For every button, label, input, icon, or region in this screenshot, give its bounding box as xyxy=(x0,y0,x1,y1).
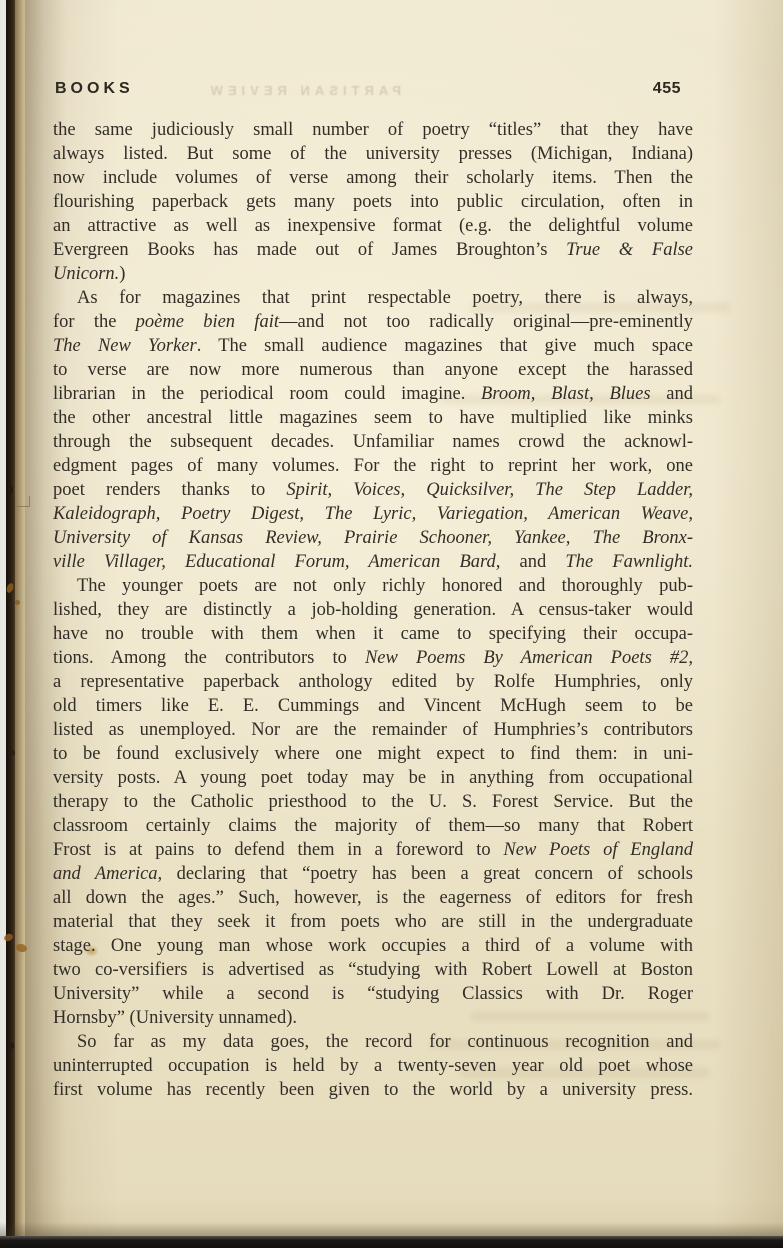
page-bottom-shadow xyxy=(0,1222,783,1236)
text-line: for the poème bien fait—and not too radi… xyxy=(53,310,693,334)
text-line: old timers like E. E. Cummings and Vince… xyxy=(53,694,693,718)
body-text: first volume has recently been given to … xyxy=(53,1080,693,1100)
text-line: a representative paperback anthology edi… xyxy=(53,670,693,694)
running-head: PARTISAN REVIEW BOOKS 455 xyxy=(53,80,693,102)
body-text: classroom certainly claims the majority … xyxy=(53,816,693,836)
body-text: As for magazines that print respectable … xyxy=(77,288,693,308)
ink-stain xyxy=(84,945,99,957)
text-line: versity posts. A young poet today may be… xyxy=(53,766,693,790)
text-line: University” while a second is “studying … xyxy=(53,982,693,1006)
body-text: ) xyxy=(119,264,125,284)
text-line: listed as unemployed. Nor are the remain… xyxy=(53,718,693,742)
body-text: for the xyxy=(53,312,136,332)
text-line: lished, they are distinctly a job-holdin… xyxy=(53,598,693,622)
body-text: University” while a second is “studying … xyxy=(53,984,693,1004)
text-line: Evergreen Books has made out of James Br… xyxy=(53,238,693,262)
text-line: through the subsequent decades. Unfamili… xyxy=(53,430,693,454)
page-text: the same judiciously small number of poe… xyxy=(53,118,693,1102)
body-text: uninterrupted occupation is held by a tw… xyxy=(53,1056,693,1076)
italic-text: Unicorn. xyxy=(53,264,119,284)
body-text: the same judiciously small number of poe… xyxy=(53,120,693,140)
text-line: therapy to the Catholic priesthood to th… xyxy=(53,790,693,814)
italic-text: The New Yorker xyxy=(53,336,197,356)
text-line: librarian in the periodical room could i… xyxy=(53,382,693,406)
text-line: two co-versifiers is advertised as “stud… xyxy=(53,958,693,982)
body-text: to verse are now more numerous than anyo… xyxy=(53,360,693,380)
text-line: Unicorn.) xyxy=(53,262,693,286)
italic-text: Kaleidograph, Poetry Digest, The Lyric, … xyxy=(53,504,693,524)
body-text: —and not too radically original—pre-emin… xyxy=(279,312,693,332)
text-line: poet renders thanks to Spirit, Voices, Q… xyxy=(53,478,693,502)
body-text: librarian in the periodical room could i… xyxy=(53,384,481,404)
text-line: now include volumes of verse among their… xyxy=(53,166,693,190)
italic-text: The Fawnlight. xyxy=(565,552,693,572)
italic-text: ville Villager, Educational Forum, Ameri… xyxy=(53,552,500,572)
text-line: ville Villager, Educational Forum, Ameri… xyxy=(53,550,693,574)
body-text: tions. Among the contributors to xyxy=(53,648,365,668)
text-line: tions. Among the contributors to New Poe… xyxy=(53,646,693,670)
text-line: material that they seek it from poets wh… xyxy=(53,910,693,934)
text-line: As for magazines that print respectable … xyxy=(53,286,693,310)
ink-speck xyxy=(9,486,13,494)
text-line: first volume has recently been given to … xyxy=(53,1078,693,1102)
bleed-through-text: PARTISAN REVIEW xyxy=(141,83,401,98)
body-text: material that they seek it from poets wh… xyxy=(53,912,693,932)
body-text: two co-versifiers is advertised as “stud… xyxy=(53,960,693,980)
text-line: University of Kansas Review, Prairie Sch… xyxy=(53,526,693,550)
text-line: uninterrupted occupation is held by a tw… xyxy=(53,1054,693,1078)
text-line: The New Yorker. The small audience magaz… xyxy=(53,334,693,358)
italic-text: University of Kansas Review, Prairie Sch… xyxy=(53,528,693,548)
body-text: all down the ages.” Such, however, is th… xyxy=(53,888,693,908)
body-text: the other ancestral little magazines see… xyxy=(53,408,693,428)
body-text: always listed. But some of the universit… xyxy=(53,144,693,164)
body-text: Frost is at pains to defend them in a fo… xyxy=(53,840,503,860)
body-text: listed as unemployed. Nor are the remain… xyxy=(53,720,693,740)
page-curl-highlight xyxy=(15,0,25,1248)
text-line: So far as my data goes, the record for c… xyxy=(53,1030,693,1054)
italic-text: Broom, Blast, Blues xyxy=(481,384,651,404)
text-line: stage. One young man whose work occupies… xyxy=(53,934,693,958)
text-line: the same judiciously small number of poe… xyxy=(53,118,693,142)
body-text: Hornsby” (University unnamed). xyxy=(53,1008,297,1028)
body-text: and xyxy=(651,384,693,404)
italic-text: and America, xyxy=(53,864,162,884)
text-line: edgment pages of many volumes. For the r… xyxy=(53,454,693,478)
text-line: to be found exclusively where one might … xyxy=(53,742,693,766)
margin-bracket-mark xyxy=(17,496,30,507)
text-line: flourishing paperback gets many poets in… xyxy=(53,190,693,214)
body-text: Evergreen Books has made out of James Br… xyxy=(53,240,566,260)
text-line: an attractive as well as inexpensive for… xyxy=(53,214,693,238)
body-text: . The small audience magazines that give… xyxy=(197,336,693,356)
text-line: all down the ages.” Such, however, is th… xyxy=(53,886,693,910)
text-line: and America, declaring that “poetry has … xyxy=(53,862,693,886)
book-spine-shadow xyxy=(6,0,15,1248)
body-text: a representative paperback anthology edi… xyxy=(53,672,693,692)
italic-text: Spirit, Voices, Quicksilver, The Step La… xyxy=(286,480,693,500)
italic-text: New Poets of England xyxy=(503,840,693,860)
body-text: edgment pages of many volumes. For the r… xyxy=(53,456,693,476)
body-text: flourishing paperback gets many poets in… xyxy=(53,192,693,212)
text-line: to verse are now more numerous than anyo… xyxy=(53,358,693,382)
body-text: stage. One young man whose work occupies… xyxy=(53,936,693,956)
scan-edge-bottom xyxy=(0,1236,783,1248)
text-line: The younger poets are not only richly ho… xyxy=(53,574,693,598)
text-line: Frost is at pains to defend them in a fo… xyxy=(53,838,693,862)
scanned-book-page: PARTISAN REVIEW BOOKS 455 the same judic… xyxy=(0,0,783,1248)
text-line: always listed. But some of the universit… xyxy=(53,142,693,166)
page-number: 455 xyxy=(653,80,681,98)
italic-text: New Poems By American Poets #2, xyxy=(365,648,693,668)
ink-speck xyxy=(10,1042,14,1049)
body-text: through the subsequent decades. Unfamili… xyxy=(53,432,693,452)
text-line: Hornsby” (University unnamed). xyxy=(53,1006,693,1030)
body-text: and xyxy=(500,552,565,572)
italic-text: poème bien fait xyxy=(136,312,279,332)
body-text: old timers like E. E. Cummings and Vince… xyxy=(53,696,693,716)
text-line: Kaleidograph, Poetry Digest, The Lyric, … xyxy=(53,502,693,526)
body-text: The younger poets are not only richly ho… xyxy=(77,576,693,596)
body-text: poet renders thanks to xyxy=(53,480,286,500)
ink-speck xyxy=(11,750,15,756)
italic-text: True & False xyxy=(566,240,693,260)
text-line: classroom certainly claims the majority … xyxy=(53,814,693,838)
body-text: declaring that “poetry has been a great … xyxy=(162,864,693,884)
body-text: now include volumes of verse among their… xyxy=(53,168,693,188)
text-line: the other ancestral little magazines see… xyxy=(53,406,693,430)
rust-fleck xyxy=(15,600,20,605)
body-text: an attractive as well as inexpensive for… xyxy=(53,216,693,236)
body-text: lished, they are distinctly a job-holdin… xyxy=(53,600,693,620)
text-line: have no trouble with them when it came t… xyxy=(53,622,693,646)
body-text: So far as my data goes, the record for c… xyxy=(77,1032,693,1052)
body-text: therapy to the Catholic priesthood to th… xyxy=(53,792,693,812)
body-text: have no trouble with them when it came t… xyxy=(53,624,693,644)
body-text: versity posts. A young poet today may be… xyxy=(53,768,693,788)
body-text: to be found exclusively where one might … xyxy=(53,744,693,764)
